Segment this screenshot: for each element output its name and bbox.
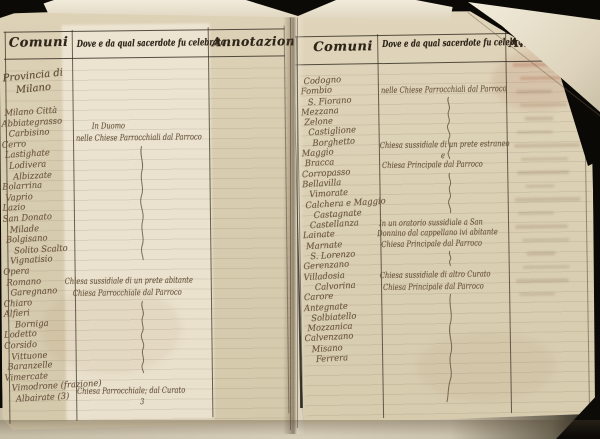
bleedthrough-mark bbox=[517, 211, 553, 215]
bleedthrough-mark bbox=[514, 143, 580, 148]
note-line: Chiesa sussidiale di un prete estraneo bbox=[380, 138, 510, 150]
note-line: Chiesa Principale dal Parroco bbox=[382, 158, 483, 170]
center-fold-crease bbox=[297, 6, 298, 428]
center-fold-crease bbox=[290, 4, 291, 430]
bleedthrough-mark bbox=[515, 197, 581, 202]
bleedthrough-mark bbox=[520, 103, 568, 107]
bleedthrough-mark bbox=[516, 278, 569, 282]
bleedthrough-mark bbox=[516, 89, 552, 93]
ditto-brace-mark bbox=[445, 173, 455, 213]
center-fold-shadow bbox=[283, 0, 305, 434]
comuni-list-right: CodognoFombioS. FioranoMezzanaZeloneCast… bbox=[301, 81, 380, 370]
bleedthrough-mark bbox=[515, 224, 568, 228]
bleedthrough-mark bbox=[526, 251, 555, 255]
column-header-comuni: Comuni bbox=[313, 39, 373, 55]
bleedthrough-mark bbox=[525, 184, 554, 188]
ditto-brace-mark bbox=[445, 251, 454, 266]
bleedthrough-mark bbox=[521, 157, 569, 161]
ditto-brace-mark bbox=[444, 97, 454, 159]
bleedthrough-mark bbox=[524, 116, 553, 120]
note-line: Chiesa Principale dal Parroco bbox=[381, 238, 482, 250]
bleedthrough-mark bbox=[517, 170, 570, 174]
bleedthrough-mark bbox=[522, 265, 570, 269]
note-line: Chiesa sussidiale di altro Curato bbox=[380, 268, 491, 280]
photo-of-register: { "colors": { "background": "#0c0a07", "… bbox=[0, 0, 600, 439]
bleedthrough-mark bbox=[516, 130, 552, 134]
bleedthrough-mark bbox=[519, 292, 555, 296]
note-line: Chiesa Principale dal Parroco bbox=[383, 280, 484, 292]
ditto-brace-mark bbox=[445, 294, 456, 402]
note-line: nelle Chiese Parrocchiali dal Parroco bbox=[381, 83, 507, 95]
note-line: Donnino dal cappellano ivi abitante bbox=[377, 226, 498, 238]
bleedthrough-mark bbox=[522, 238, 570, 242]
commune-row: Ferrera bbox=[316, 357, 376, 371]
